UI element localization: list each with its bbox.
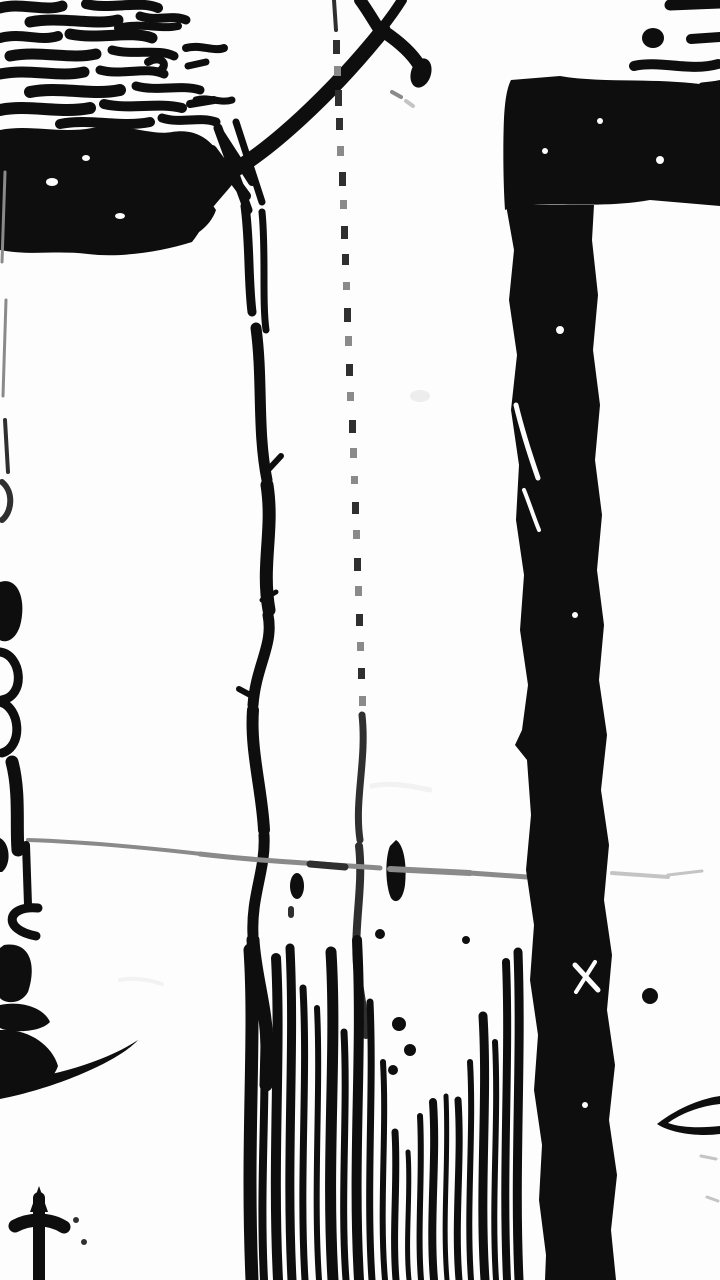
foliage-canopy-mass — [0, 126, 252, 255]
scanned-illustration — [0, 0, 720, 1280]
rope-knot — [288, 840, 406, 918]
illustration-canvas — [0, 0, 720, 1280]
scan-smudges — [120, 390, 430, 984]
corner-scribbles — [634, 3, 720, 86]
leaf-mark — [657, 1096, 720, 1201]
foliage-hatching — [0, 4, 232, 124]
right-post — [506, 205, 617, 1280]
left-pole — [218, 122, 281, 1085]
hanging-chain — [333, 0, 366, 1035]
branch-diagonal — [231, 0, 435, 172]
chain-and-lamp — [0, 172, 138, 1099]
ground-cross — [15, 1186, 87, 1280]
right-beam — [503, 76, 720, 210]
